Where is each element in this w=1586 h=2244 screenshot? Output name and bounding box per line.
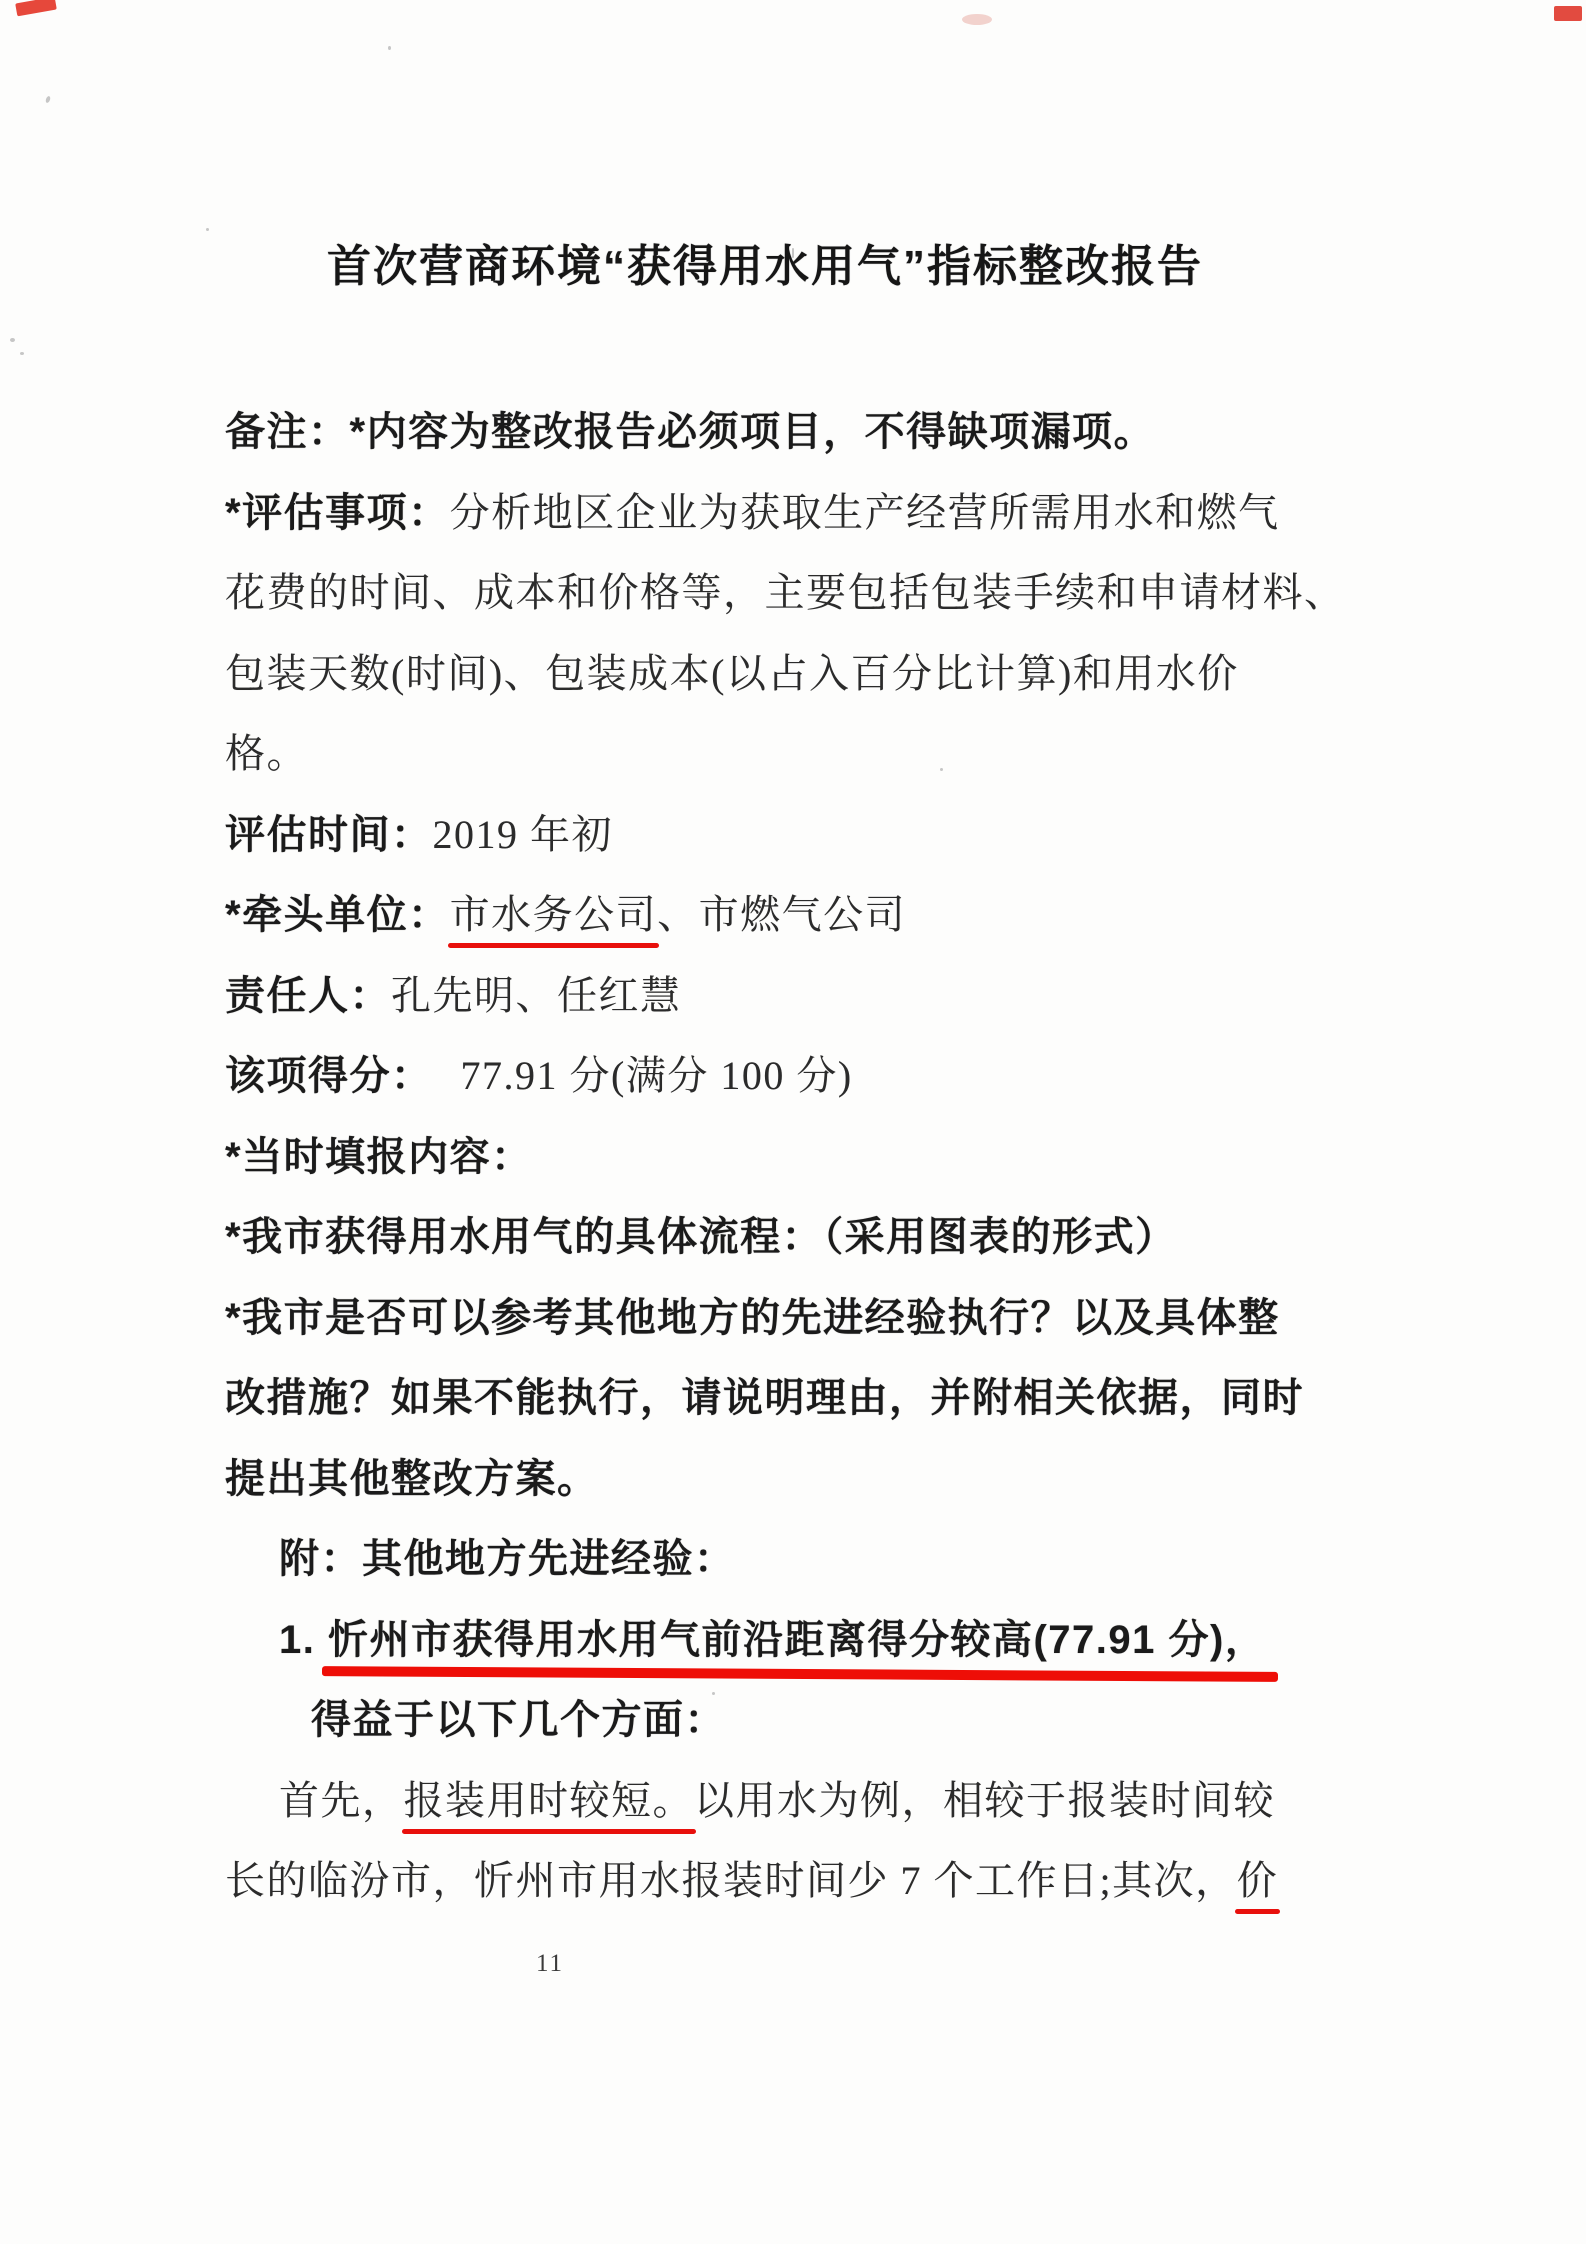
assessment-time-value: 2019 年初 xyxy=(433,812,614,857)
lead-unit-gas-company: 、市燃气公司 xyxy=(657,892,906,937)
page-title: 首次营商环境“获得用水用气”指标整改报告 xyxy=(285,230,1245,294)
assessment-item-line-4: 格。 xyxy=(225,714,1255,795)
scan-speckle xyxy=(20,352,24,355)
document-body: 备注：*内容为整改报告必须项目，不得缺项漏项。 *评估事项：分析地区企业为获取生… xyxy=(225,392,1255,1922)
score-label: 该项得分： xyxy=(225,1054,433,1098)
remark-line: 备注：*内容为整改报告必须项目，不得缺项漏项。 xyxy=(225,392,1255,473)
score-value: 77.91 分(满分 100 分) xyxy=(461,1053,853,1098)
lead-unit-label: *牵头单位： xyxy=(225,893,450,937)
assessment-item-text-2: 花费的时间、成本和价格等，主要包括包装手续和申请材料、 xyxy=(225,570,1346,615)
red-smudge-mark xyxy=(962,14,992,25)
remark-text: 备注：*内容为整改报告必须项目，不得缺项漏项。 xyxy=(225,410,1155,454)
responsible-person-line: 责任人：孔先明、任红慧 xyxy=(225,956,1255,1037)
process-text: *我市获得用水用气的具体流程：（采用图表的形式） xyxy=(225,1215,1177,1259)
assessment-item-line-2: 花费的时间、成本和价格等，主要包括包装手续和申请材料、 xyxy=(225,553,1255,634)
first-reason-line-2: 长的临汾市，忻州市用水报装时间少 7 个工作日;其次，价 xyxy=(225,1841,1255,1922)
process-line: *我市获得用水用气的具体流程：（采用图表的形式） xyxy=(225,1197,1255,1278)
assessment-time-label: 评估时间： xyxy=(225,813,433,857)
experience-question-line-3: 提出其他整改方案。 xyxy=(225,1439,1255,1520)
responsible-person-names: 孔先明、任红慧 xyxy=(391,973,682,1018)
assessment-item-text: 分析地区企业为获取生产经营所需用水和燃气 xyxy=(450,490,1280,535)
red-corner-mark-top-right xyxy=(1554,6,1582,21)
assessment-item-line-3: 包装天数(时间)、包装成本(以占入百分比计算)和用水价 xyxy=(225,634,1255,715)
first-reason-prefix: 首先， xyxy=(279,1778,404,1823)
lead-unit-line: *牵头单位：市水务公司、市燃气公司 xyxy=(225,875,1255,956)
scan-speckle xyxy=(388,46,391,50)
scan-speckle xyxy=(206,228,209,231)
assessment-item-text-4: 格。 xyxy=(225,731,308,776)
experience-question-text-3: 提出其他整改方案。 xyxy=(225,1457,599,1501)
benefit-line: 得益于以下几个方面： xyxy=(311,1680,1255,1761)
first-reason-text-2: 长的临汾市，忻州市用水报装时间少 7 个工作日;其次， xyxy=(225,1858,1237,1903)
first-reason-line: 首先，报装用时较短。以用水为例，相较于报装时间较 xyxy=(279,1761,1255,1842)
appendix-heading-text: 附：其他地方先进经验： xyxy=(279,1537,736,1581)
reported-content-label: *当时填报内容： xyxy=(225,1135,533,1179)
assessment-item-text-3: 包装天数(时间)、包装成本(以占入百分比计算)和用水价 xyxy=(225,651,1239,696)
assessment-item-label: *评估事项： xyxy=(225,491,450,535)
responsible-person-label: 责任人： xyxy=(225,974,391,1018)
xinzhou-score-text: 忻州市获得用水用气前沿距离得分较高(77.91 分)， xyxy=(328,1618,1266,1662)
lead-unit-water-company: 市水务公司 xyxy=(450,892,658,937)
first-reason-rest: 以用水为例，相较于报装时间较 xyxy=(694,1778,1275,1823)
experience-question-text: *我市是否可以参考其他地方的先进经验执行？以及具体整 xyxy=(225,1296,1280,1340)
benefit-text: 得益于以下几个方面： xyxy=(311,1698,726,1742)
document-page: 首次营商环境“获得用水用气”指标整改报告 备注：*内容为整改报告必须项目，不得缺… xyxy=(0,0,1586,2244)
red-corner-mark-top-left xyxy=(15,0,57,16)
scan-speckle xyxy=(10,338,15,342)
score-line: 该项得分：77.91 分(满分 100 分) xyxy=(225,1036,1255,1117)
price-highlight: 价 xyxy=(1237,1858,1279,1903)
appendix-heading-line: 附：其他地方先进经验： xyxy=(279,1519,1255,1600)
experience-question-text-2: 改措施？如果不能执行，请说明理由，并附相关依据，同时 xyxy=(225,1376,1304,1420)
assessment-time-line: 评估时间：2019 年初 xyxy=(225,795,1255,876)
experience-question-line: *我市是否可以参考其他地方的先进经验执行？以及具体整 xyxy=(225,1278,1255,1359)
assessment-item-line: *评估事项：分析地区企业为获取生产经营所需用水和燃气 xyxy=(225,473,1255,554)
reported-content-line: *当时填报内容： xyxy=(225,1117,1255,1198)
experience-question-line-2: 改措施？如果不能执行，请说明理由，并附相关依据，同时 xyxy=(225,1358,1255,1439)
scan-speckle xyxy=(45,96,51,104)
first-reason-highlight: 报装用时较短。 xyxy=(404,1778,695,1823)
page-number: 11 xyxy=(470,1950,630,1978)
list-number: 1. xyxy=(279,1618,328,1662)
xinzhou-score-line: 1. 忻州市获得用水用气前沿距离得分较高(77.91 分)， xyxy=(279,1600,1255,1681)
